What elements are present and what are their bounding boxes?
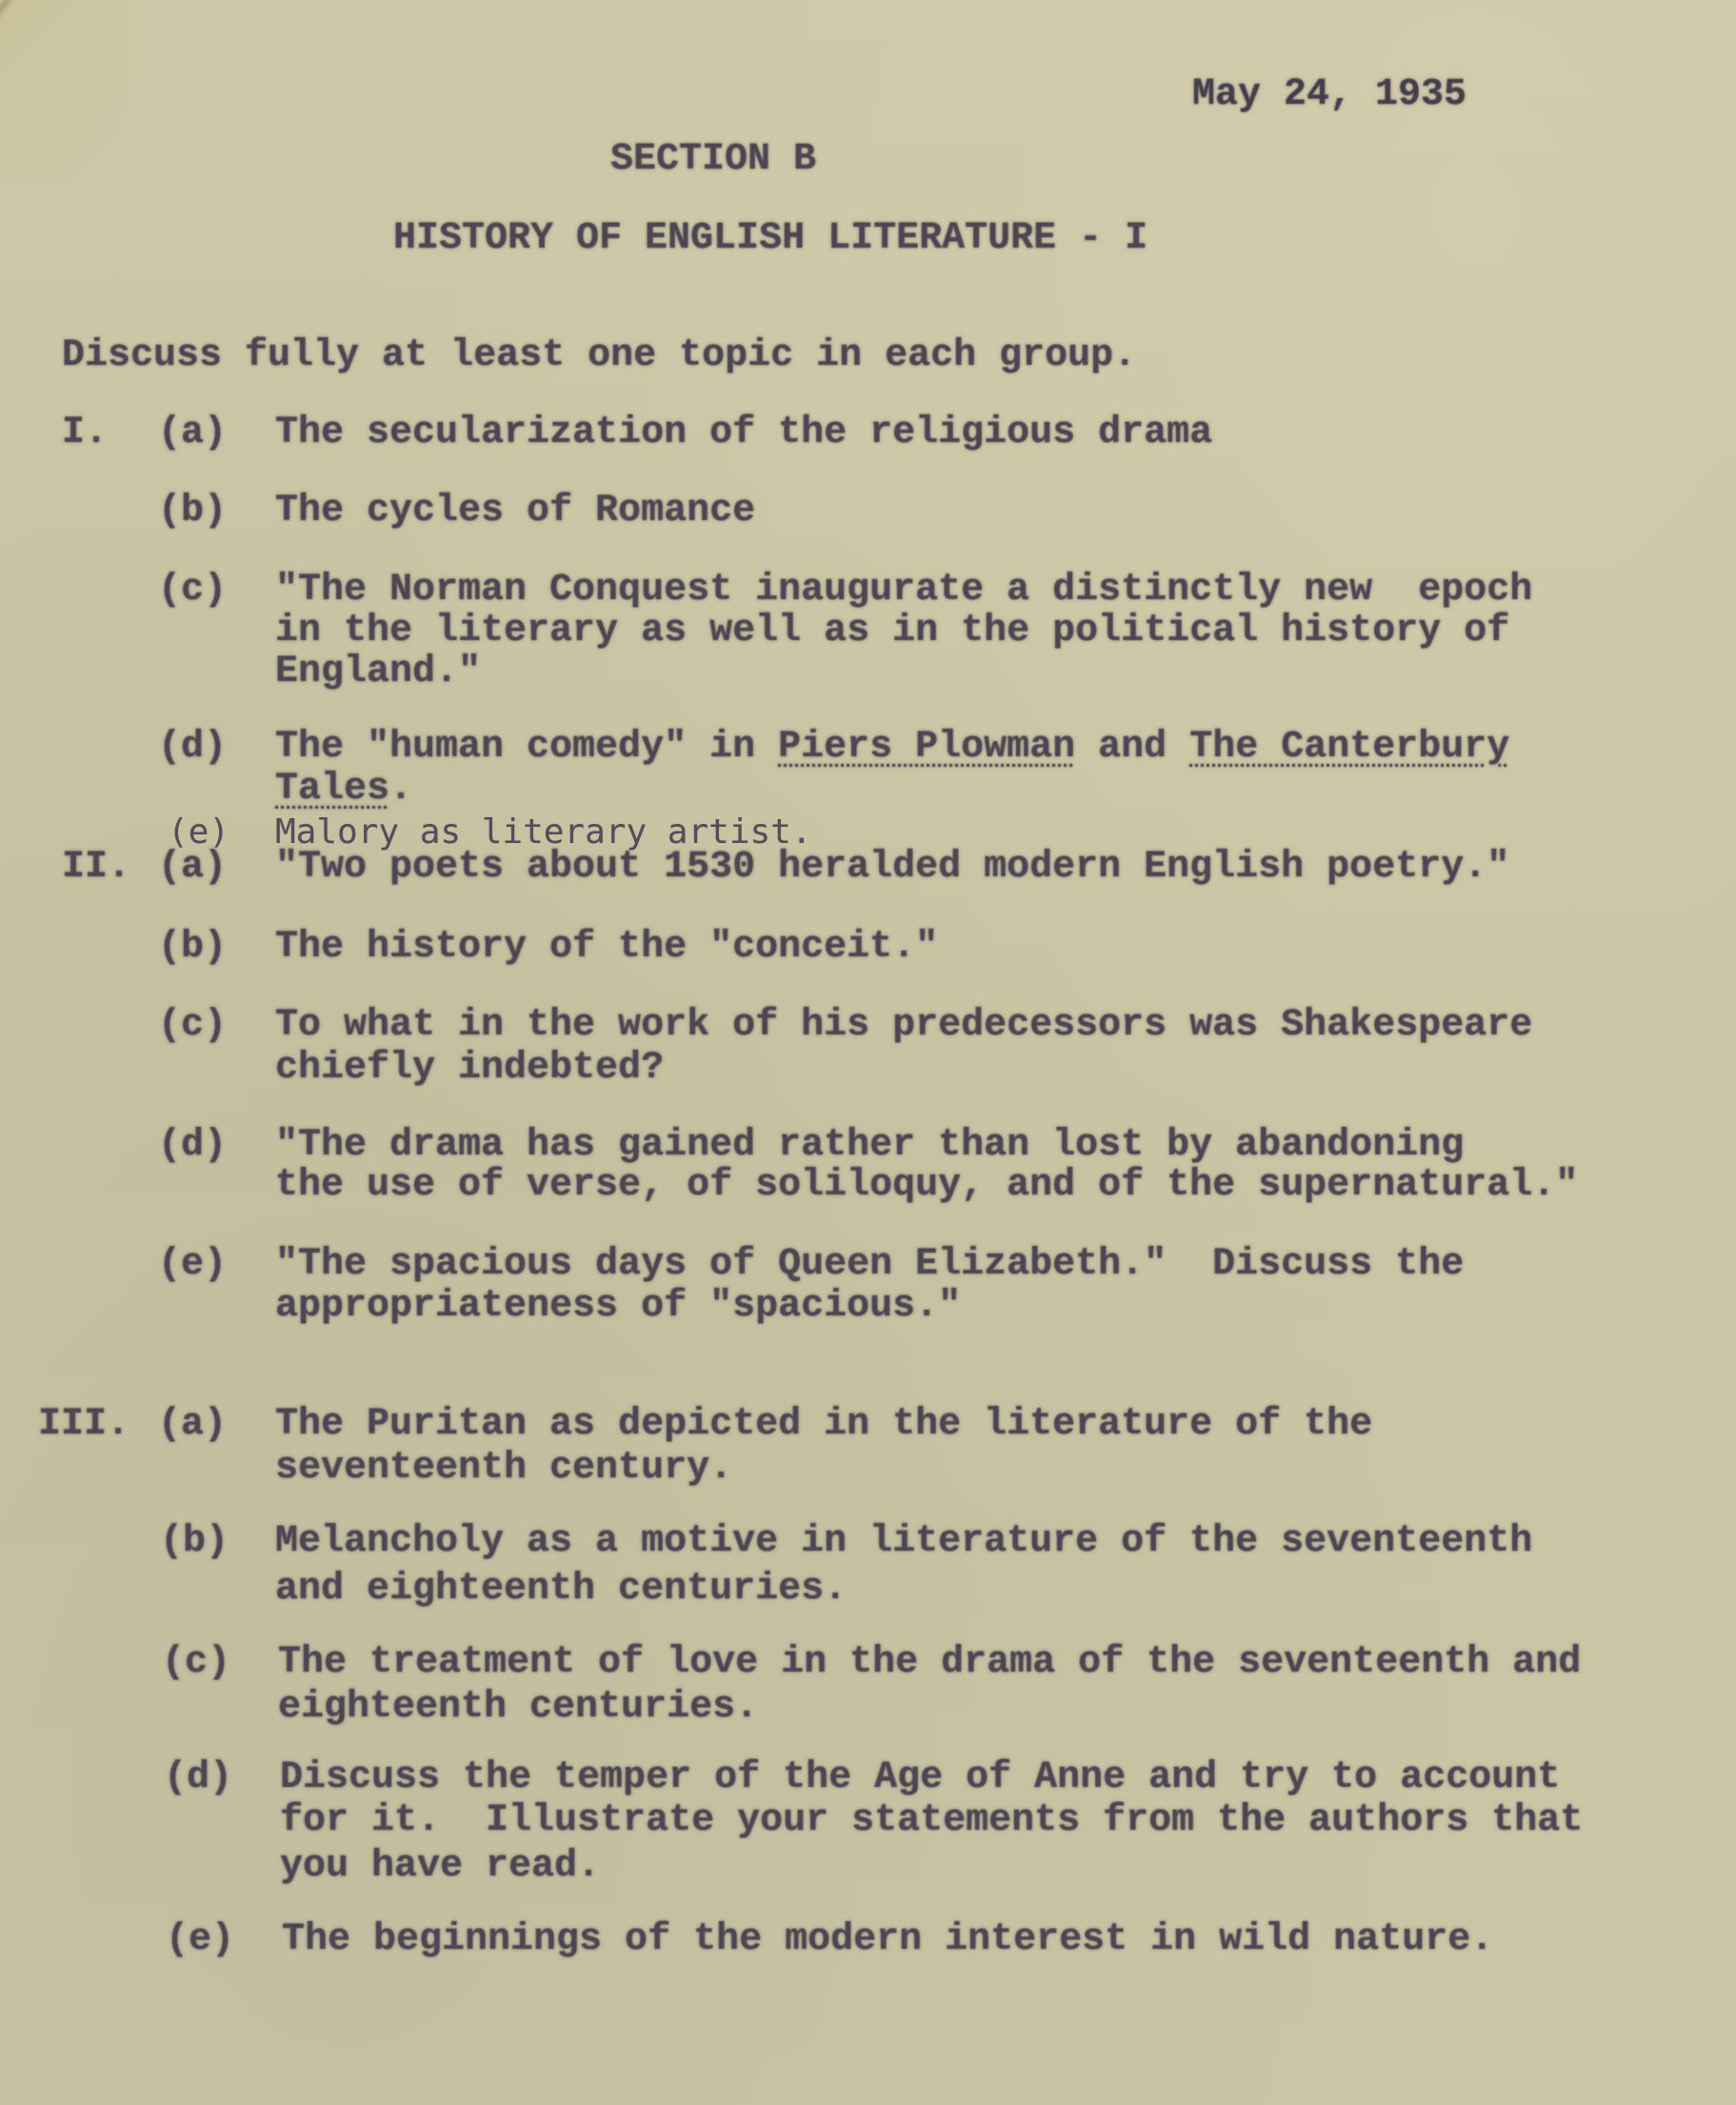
item-label: (d) <box>164 1757 232 1799</box>
item-label: (c) <box>158 1005 227 1047</box>
item-text-line: Melancholy as a motive in literature of … <box>275 1521 1532 1563</box>
item-label: (b) <box>160 1521 229 1563</box>
paper-fold-shadow <box>0 0 133 181</box>
item-text-line: To what in the work of his predecessors … <box>275 1005 1532 1047</box>
text-run: . <box>389 768 412 811</box>
item-label: (b) <box>158 927 227 969</box>
item-label: (b) <box>158 491 227 532</box>
item-text-line: appropriateness of "spacious." <box>275 1286 961 1328</box>
item-label: (d) <box>158 727 227 769</box>
item-text-line: "The Norman Conquest inaugurate a distin… <box>275 570 1532 611</box>
item-text-line: The Puritan as depicted in the literatur… <box>275 1404 1372 1446</box>
item-text-line: eighteenth centuries. <box>278 1687 758 1729</box>
section-heading: SECTION B <box>610 139 816 181</box>
group-label: I. <box>62 412 108 454</box>
item-label: (d) <box>158 1125 227 1167</box>
item-text-line: "The drama has gained rather than lost b… <box>275 1125 1464 1167</box>
item-label: (e) <box>158 1244 227 1286</box>
item-label: (a) <box>158 847 227 889</box>
item-text-line: seventeenth century. <box>275 1448 732 1490</box>
item-label: (a) <box>158 412 227 454</box>
item-text-line: the use of verse, of soliloquy, and of t… <box>275 1165 1578 1207</box>
item-text-line: The "human comedy" in Piers Plowman and … <box>275 727 1509 769</box>
item-text-line: in the literary as well as in the politi… <box>275 611 1509 652</box>
item-text-line: "The spacious days of Queen Elizabeth." … <box>275 1244 1464 1286</box>
item-text-line: chiefly indebted? <box>275 1048 664 1090</box>
instructions: Discuss fully at least one topic in each… <box>62 335 1136 377</box>
item-text-line: "Two poets about 1530 heralded modern En… <box>275 847 1509 889</box>
item-text-line: The history of the "conceit." <box>275 927 938 969</box>
item-label: (c) <box>158 570 227 611</box>
item-text-line: The secularization of the religious dram… <box>275 412 1212 454</box>
item-text-line: and eighteenth centuries. <box>275 1569 847 1611</box>
item-text-line: The treatment of love in the drama of th… <box>278 1642 1581 1684</box>
book-title-tales: Tales <box>275 768 389 811</box>
book-title-canterbury: The Canterbury <box>1189 726 1509 769</box>
exam-title: HISTORY OF ENGLISH LITERATURE - I <box>393 218 1147 260</box>
group-label: III. <box>38 1404 130 1446</box>
item-text-line: England." <box>275 652 481 693</box>
text-run: The "human comedy" in <box>275 726 778 769</box>
item-text-line: Discuss the temper of the Age of Anne an… <box>280 1757 1560 1799</box>
item-text-line: for it. Illustrate your statements from … <box>280 1800 1583 1842</box>
group-label: II. <box>62 847 130 889</box>
item-text-line: The beginnings of the modern interest in… <box>282 1919 1493 1961</box>
text-run: and <box>1075 726 1189 769</box>
paper-crease <box>0 0 81 24</box>
item-text-line: you have read. <box>280 1846 600 1888</box>
book-title-piers-plowman: Piers Plowman <box>778 726 1075 769</box>
item-label: (c) <box>162 1642 230 1684</box>
item-text-line: Tales. <box>275 769 412 811</box>
item-label: (a) <box>158 1404 227 1446</box>
item-text-line: The cycles of Romance <box>275 491 755 532</box>
item-label: (e) <box>166 1919 234 1961</box>
exam-date: May 24, 1935 <box>1192 74 1467 116</box>
